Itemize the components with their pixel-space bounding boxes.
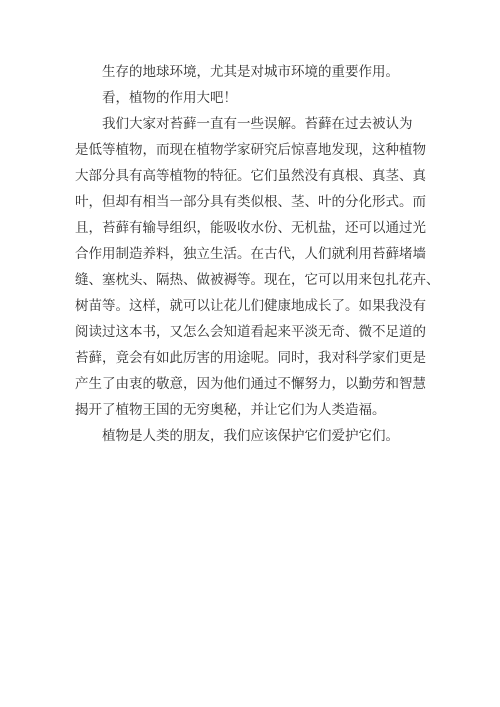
text-line: 植物是人类的朋友，我们应该保护它们爱护它们。: [75, 423, 433, 449]
text-line: 缝、塞枕头、隔热、做被褥等。现在，它可以用来包扎花卉、: [75, 267, 433, 293]
text-line: 生存的地球环境，尤其是对城市环境的重要作用。: [75, 59, 433, 85]
text-line: 树苗等。这样，就可以让花儿们健康地成长了。如果我没有: [75, 293, 433, 319]
text-line: 阅读过这本书，又怎么会知道看起来平淡无奇、微不足道的: [75, 319, 433, 345]
text-line: 且，苔藓有输导组织，能吸收水份、无机盐，还可以通过光: [75, 215, 433, 241]
text-line: 揭开了植物王国的无穷奥秘，并让它们为人类造福。: [75, 397, 433, 423]
text-line: 苔藓，竟会有如此厉害的用途呢。同时，我对科学家们更是: [75, 345, 433, 371]
text-line: 产生了由衷的敬意，因为他们通过不懈努力，以勤劳和智慧: [75, 371, 433, 397]
text-line: 叶，但却有相当一部分具有类似根、茎、叶的分化形式。而: [75, 189, 433, 215]
text-line: 大部分具有高等植物的特征。它们虽然没有真根、真茎、真: [75, 163, 433, 189]
document-text-block: 生存的地球环境，尤其是对城市环境的重要作用。 看，植物的作用大吧！ 我们大家对苔…: [75, 59, 433, 449]
text-line: 是低等植物，而现在植物学家研究后惊喜地发现，这种植物: [75, 137, 433, 163]
text-line: 合作用制造养料，独立生活。在古代，人们就利用苔藓堵墙: [75, 241, 433, 267]
text-line: 看，植物的作用大吧！: [75, 85, 433, 111]
document-page: 生存的地球环境，尤其是对城市环境的重要作用。 看，植物的作用大吧！ 我们大家对苔…: [0, 0, 500, 707]
text-line: 我们大家对苔藓一直有一些误解。苔藓在过去被认为: [75, 111, 433, 137]
